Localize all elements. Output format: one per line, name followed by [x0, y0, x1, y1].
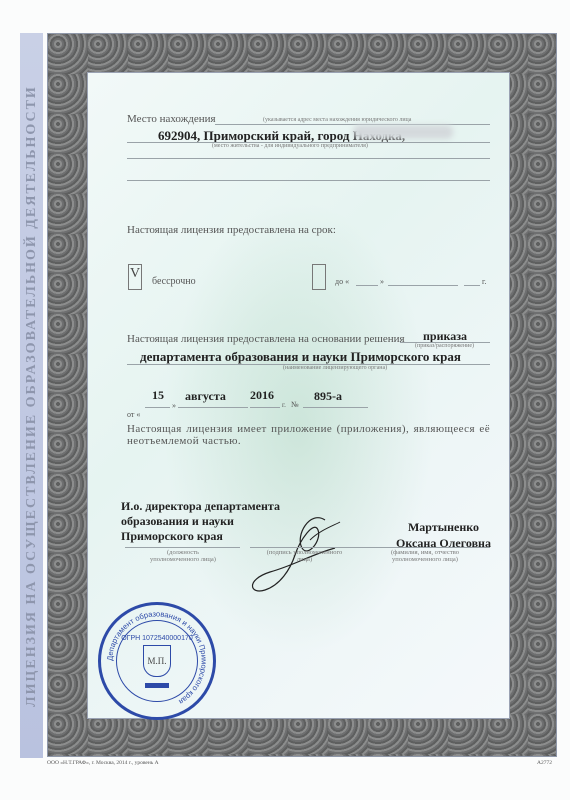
name-line [355, 547, 490, 548]
until-mid: » [380, 277, 384, 286]
location-hint-top: (указывается адрес места нахождения юрид… [263, 117, 411, 123]
year-line [250, 407, 280, 408]
position-line [125, 547, 240, 548]
month-line [178, 407, 248, 408]
decision-month: августа [185, 389, 226, 404]
decision-number: 895-а [314, 389, 342, 404]
authority-hint: (наименование лицензирующего органа) [283, 365, 387, 371]
blank-line-2 [127, 180, 490, 181]
redacted-address [353, 125, 453, 139]
location-hint-bottom: (место жительства - для индивидуального … [212, 143, 368, 149]
year-suffix: г. [282, 401, 286, 409]
signature-hint: (подпись уполномоченного лица) [262, 549, 347, 563]
unlimited-checkbox: V [128, 264, 142, 290]
stamp-ring-text: Департамент образования и науки Приморск… [101, 605, 213, 717]
until-year-line [464, 285, 480, 286]
vertical-title: ЛИЦЕНЗИЯ НА ОСУЩЕСТВЛЕНИЕ ОБРАЗОВАТЕЛЬНО… [20, 33, 43, 758]
number-line [303, 407, 368, 408]
until-label: до « [335, 277, 349, 286]
signature-line [250, 547, 355, 548]
decision-year: 2016 [250, 388, 274, 403]
until-day-line [356, 285, 378, 286]
official-stamp: Департамент образования и науки Приморск… [98, 602, 216, 720]
name-hint: (фамилия, имя, отчество уполномоченного … [380, 549, 470, 563]
serial-number: А2772 [537, 760, 552, 766]
until-checkbox [312, 264, 326, 290]
location-label: Место нахождения [127, 113, 216, 125]
number-label: № [291, 400, 299, 409]
printer-info: ООО «Н.Т.ГРАФ», г. Москва, 2014 г., уров… [47, 760, 159, 766]
day-close: » [172, 401, 176, 410]
until-year-suffix: г. [482, 277, 486, 286]
blank-line-1 [127, 158, 490, 159]
until-month-line [388, 285, 458, 286]
decision-day: 15 [152, 388, 164, 403]
term-label: Настоящая лицензия предоставлена на срок… [127, 224, 336, 236]
position-hint: (должность уполномоченного лица) [143, 549, 223, 563]
appendix-note: Настоящая лицензия имеет приложение (при… [127, 423, 490, 447]
svg-text:Департамент образования и наук: Департамент образования и науки Приморск… [105, 609, 208, 706]
day-line [145, 407, 170, 408]
basis-label: Настоящая лицензия предоставлена на осно… [127, 333, 405, 345]
authority: департамента образования и науки Приморс… [140, 349, 461, 365]
unlimited-label: бессрочно [152, 276, 196, 287]
date-prefix: от « [127, 410, 140, 419]
